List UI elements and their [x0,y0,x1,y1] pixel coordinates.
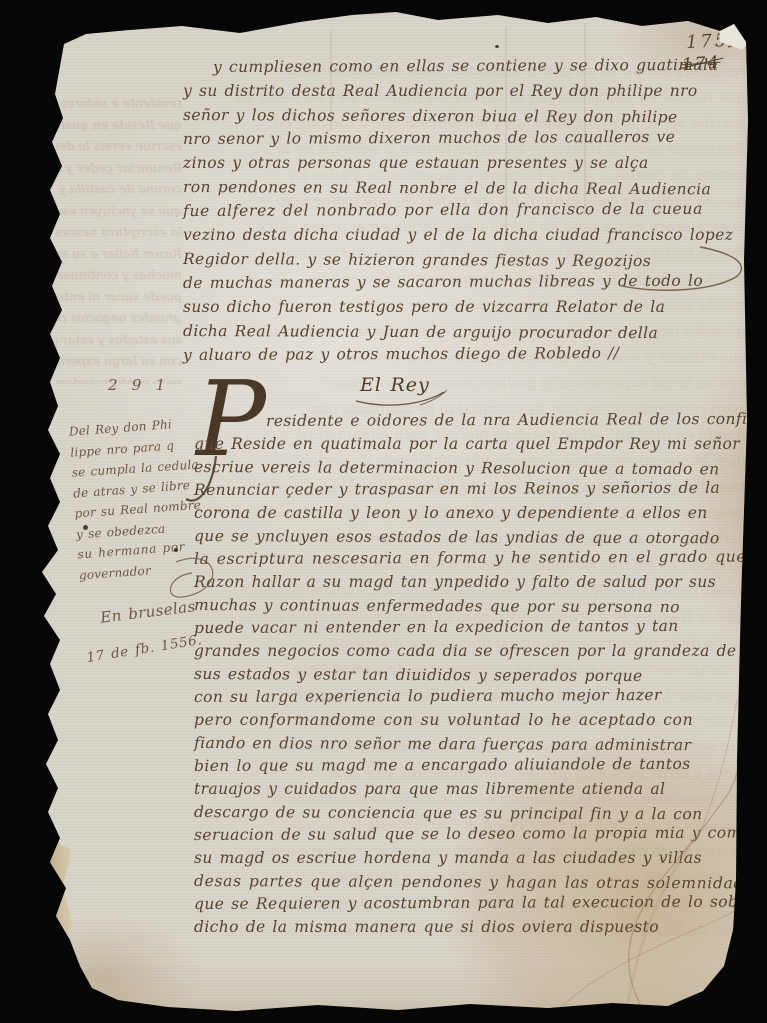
text-line: puede vacar ni entender en la expedicion… [56,286,182,308]
quire-number: 2 9 1 [108,376,169,394]
text-line: dicha Real Audiencia y Juan de arguijo p… [190,942,746,948]
text-line: Renunciar çeder y traspasar en mi los Re… [56,157,182,179]
text-line: residente e oidores de la nra Audiencia … [266,410,767,435]
text-line: la escriptura nescesaria en forma y he s… [56,221,182,243]
shelfmark-pencil: 101581 [18,103,29,150]
text-line: corona de castilla y leon y lo anexo y d… [56,178,182,200]
text-line: residente e oidores de la nra Audiencia … [56,92,182,114]
text-line: sus estados y estar tan diuididos y sepe… [56,329,182,351]
text-line: con su larga experiencia lo pudiera much… [190,370,746,396]
text-line: su magd os escriue hordena y manda a las… [194,849,767,872]
text-line: dicho de la misma manera que si dios ovi… [194,918,767,941]
margin-place-note: En bruselas [99,597,196,627]
scan-background: residente e oidores de la nra Audiencia … [0,0,767,1023]
text-line: escriue vereis la determinacion y Resolu… [56,135,182,157]
margin-date-note: 17 de fb. 1556. [85,632,203,666]
text-line: que se yncluyen esos estados de las yndi… [56,200,182,222]
margin-summary-note: Del Rey don Philippe nro para qse cumpla… [68,416,211,589]
text-line: grandes negocios como cada dia se ofresc… [194,642,767,665]
ink-showthrough-left-margin: residente e oidores de la nra Audiencia … [56,92,182,384]
wormhole [174,548,178,552]
text-line: que Reside en quatimala por la carta que… [194,435,767,458]
text-line: que Reside en quatimala por la carta que… [56,114,182,136]
text-line: y cumpliesen como en ellas se contiene y… [213,56,733,82]
text-line: vezino desta dicha ciudad y el de la dic… [183,226,733,250]
text-line: bien lo que su magd me a encargado aliui… [194,754,767,780]
text-line: zinos y otras personas que estauan prese… [183,154,733,178]
text-line: grandes negocios como cada dia se ofresc… [56,307,182,329]
text-line: Razon hallar a su magd tan ynpedido y fa… [194,573,767,596]
text-line: Razon hallar a su magd tan ynpedido y fa… [56,243,182,265]
text-line: que se Requieren y acostumbran para la t… [194,892,767,918]
text-line: la escriptura nescesaria en forma y he s… [194,547,767,573]
text-line: puede vacar ni entender en la expedicion… [194,616,767,642]
heading-el-rey: El Rey [360,374,430,396]
text-line: fue alferez del nonbrado por ella don fr… [183,200,733,226]
text-line: nro senor y lo mismo dixeron muchos de l… [183,128,733,154]
manuscript-page: residente e oidores de la nra Audiencia … [0,0,767,1023]
text-block-royal-letter: residente e oidores de la nra Audiencia … [194,412,767,941]
text-line: con su larga experiencia lo pudiera much… [56,350,182,372]
ink-fleck [495,45,499,48]
text-line: seruacion de su salud que se lo deseo co… [194,823,767,849]
text-line: corona de castilla y leon y lo anexo y d… [194,504,767,527]
text-line: trauajos y cuidados para que mas libreme… [194,780,767,803]
text-line: suso dicho fueron testigos pero de vizca… [183,298,733,322]
text-line: Renunciar çeder y traspasar en mi los Re… [194,478,767,504]
text-line: muchas y continuas enfermedades que por … [56,264,182,286]
text-line: de muchas maneras y se sacaron muchas li… [183,272,733,298]
wormhole [83,525,88,530]
text-line: y su distrito desta Real Audiencia por e… [183,82,733,106]
torn-edge-flap [42,838,72,996]
text-block-proclamation: y cumpliesen como en ellas se contiene y… [183,58,733,370]
text-line: con su larga experiencia lo pudiera much… [194,685,767,711]
text-line: pero conformandome con su voluntad lo he… [194,711,767,734]
